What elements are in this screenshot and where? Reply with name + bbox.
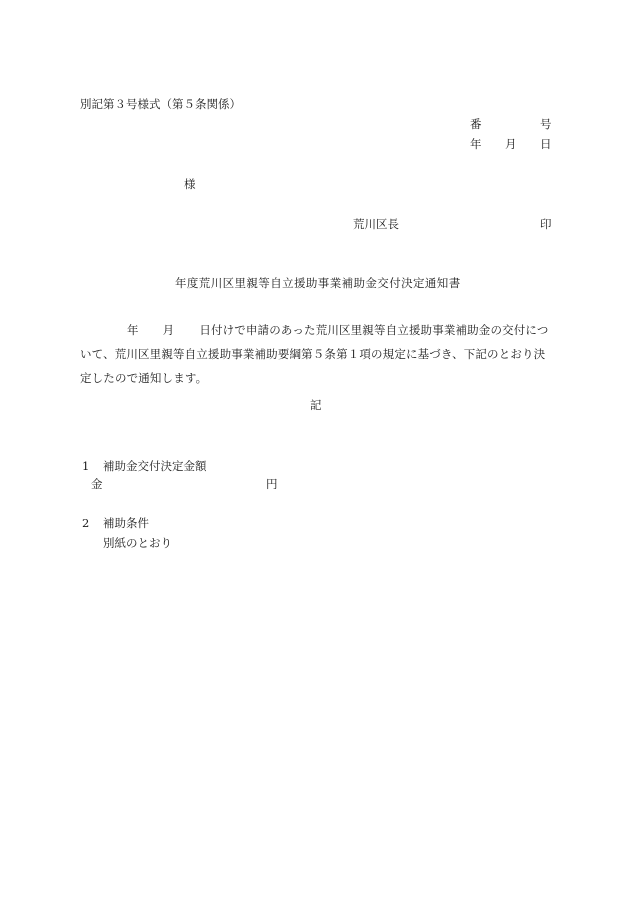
form-label: 別記第３号様式（第５条関係） <box>80 99 241 111</box>
body-month: 月 <box>163 323 175 337</box>
item-2-detail: 別紙のとおり <box>103 538 172 550</box>
body-line-1: 年月日付けで申請のあった荒川区里親等自立援助事業補助金の交付につ <box>80 318 554 342</box>
ki-heading: 記 <box>310 400 322 412</box>
date-day: 日 <box>540 139 552 151</box>
body-line-2: いて、荒川区里親等自立援助事業補助要綱第５条第１項の規定に基づき、下記のとおり決 <box>80 342 554 366</box>
body-line-3: 定したので通知します。 <box>80 366 554 390</box>
body-paragraph: 年月日付けで申請のあった荒川区里親等自立援助事業補助金の交付につ いて、荒川区里… <box>80 318 554 390</box>
document-title: 年度荒川区里親等自立援助事業補助金交付決定通知書 <box>175 278 461 290</box>
number-go: 号 <box>540 119 552 131</box>
issuer-seal: 印 <box>540 219 552 231</box>
date-year: 年 <box>470 139 482 151</box>
number-ban: 番 <box>470 119 482 131</box>
body-line1-rest: 日付けで申請のあった荒川区里親等自立援助事業補助金の交付につ <box>199 323 548 337</box>
issuer-name: 荒川区長 <box>353 219 399 231</box>
item-1-label: 補助金交付決定金額 <box>103 461 207 473</box>
item-1-amount-prefix: 金 <box>91 479 103 491</box>
item-2-label: 補助条件 <box>103 518 149 530</box>
item-1-amount-suffix: 円 <box>266 479 278 491</box>
body-year: 年 <box>127 323 139 337</box>
item-1-number: 1 <box>82 461 89 473</box>
item-2-number: 2 <box>82 518 89 530</box>
date-month: 月 <box>505 139 517 151</box>
addressee-suffix: 様 <box>184 179 196 191</box>
